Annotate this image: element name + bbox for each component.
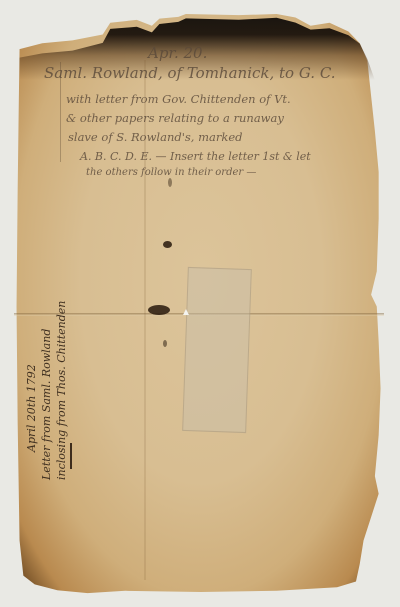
text-line: slave of S. Rowland's, marked: [68, 130, 243, 144]
docket-flourish: [70, 443, 72, 469]
ink-blot: [148, 305, 170, 315]
text-line: with letter from Gov. Chittenden of Vt.: [66, 92, 291, 106]
text-line: A. B. C. D. E. — Insert the letter 1st &…: [80, 150, 311, 163]
text-line: & other papers relating to a runaway: [66, 111, 284, 125]
docket-note: April 20th 1792 Letter from Saml. Rowlan…: [24, 301, 69, 480]
docket-line: Letter from Saml. Rowland: [39, 301, 54, 480]
docket-date: April 20th 1792: [24, 301, 39, 480]
date-heading: Apr. 20.: [148, 44, 207, 62]
text-line: the others follow in their order —: [86, 167, 256, 178]
ink-blot: [168, 178, 172, 187]
docket-line: inclosing from Thos. Chittenden: [54, 301, 69, 480]
text-line: Saml. Rowland, of Tomhanick, to G. C.: [44, 64, 336, 82]
ink-blot: [163, 340, 167, 347]
tape-repair: [182, 267, 252, 433]
ink-blot: [163, 241, 172, 248]
